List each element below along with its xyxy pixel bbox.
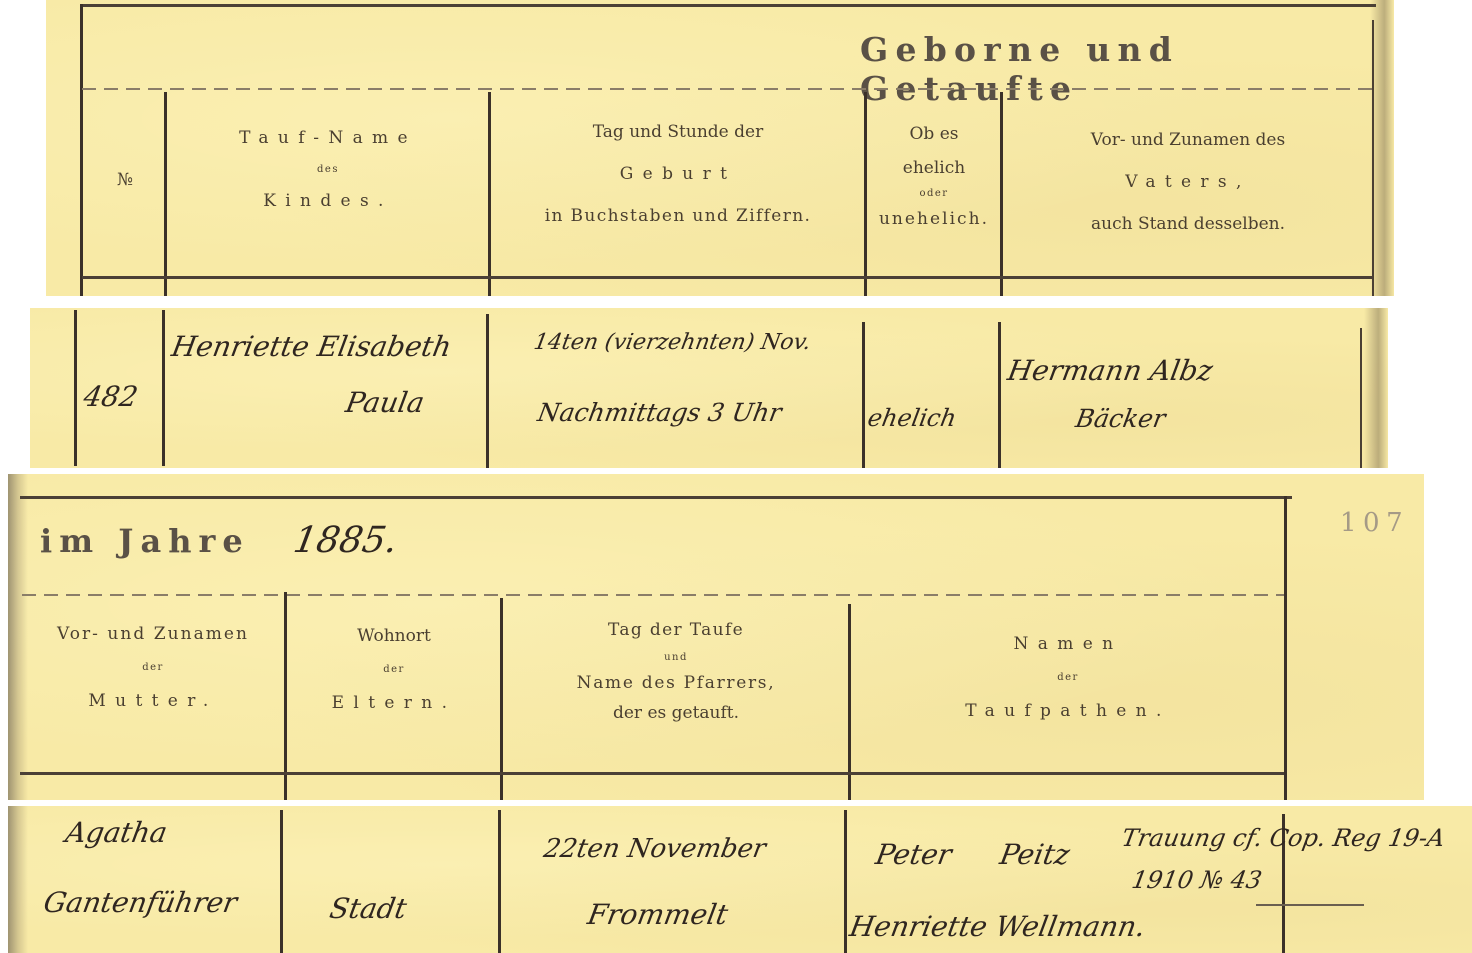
entry-godparent-1: Peter Peitz <box>873 838 1072 871</box>
header-number: № <box>86 170 164 190</box>
header-child-name: Tauf-Name des Kindes. <box>168 128 488 211</box>
paper-edge-shadow <box>1364 308 1388 468</box>
entry-father-occupation: Bäcker <box>1073 404 1167 433</box>
entry-pastor-name: Frommelt <box>585 898 730 931</box>
col-rule-2 <box>488 92 491 296</box>
col-rule-4 <box>998 322 1001 468</box>
col-rule-1 <box>284 592 287 800</box>
col-rule-0 <box>74 310 77 466</box>
header-residence: Wohnort der Eltern. <box>288 626 500 713</box>
entry-legitimacy: ehelich <box>866 404 959 432</box>
page-number-stamp: 107 <box>1340 508 1409 538</box>
strip-left-header: Geborne und Getaufte № Tauf-Name des Kin… <box>46 0 1394 296</box>
entry-number: 482 <box>81 380 140 413</box>
entry-mother-first-name: Agatha <box>63 816 170 849</box>
entry-child-name-line2: Paula <box>343 386 427 419</box>
header-birth-date: Tag und Stunde der Geburt in Buchstaben … <box>492 122 864 226</box>
col-rule-3 <box>862 322 865 468</box>
strip-right-header: im Jahre 1885. 107 Vor- und Zunamen der … <box>8 474 1424 800</box>
entry-birth-date-line1: 14ten (vierzehnten) Nov. <box>532 330 813 355</box>
marriage-annotation-line2: 1910 № 43 <box>1130 866 1265 894</box>
frame-top-rule <box>20 496 1292 499</box>
col-rule-1 <box>280 810 283 953</box>
header-bottom-rule <box>82 276 1372 279</box>
col-rule-1 <box>162 310 165 466</box>
frame-right-rule <box>1284 496 1287 800</box>
header-bottom-rule <box>20 772 1284 775</box>
frame-right-rule <box>1360 328 1362 468</box>
header-mother: Vor- und Zunamen der Mutter. <box>22 624 284 711</box>
frame-top-rule <box>80 4 1376 7</box>
entry-godparent-2: Henriette Wellmann. <box>847 910 1148 943</box>
header-legitimacy: Ob es ehelich oder unehelich. <box>868 124 1000 229</box>
paper-edge-shadow <box>8 806 28 953</box>
col-rule-3 <box>848 604 851 800</box>
entry-birth-date-line2: Nachmittags 3 Uhr <box>535 398 783 427</box>
entry-baptism-date: 22ten November <box>541 834 768 864</box>
col-rule-2 <box>500 598 503 800</box>
col-rule-3 <box>864 92 867 296</box>
col-rule-2 <box>498 810 501 953</box>
title-divider <box>22 594 1284 596</box>
annotation-underline <box>1256 904 1364 906</box>
col-rule-4 <box>1000 92 1003 296</box>
col-rule-2 <box>486 314 489 468</box>
entry-child-name-line1: Henriette Elisabeth <box>169 330 454 363</box>
frame-left-rule <box>80 4 83 296</box>
strip-left-entry: 482 Henriette Elisabeth Paula 14ten (vie… <box>30 308 1388 468</box>
col-rule-1 <box>164 92 167 296</box>
header-baptism: Tag der Taufe und Name des Pfarrers, der… <box>504 620 848 723</box>
register-title: Geborne und Getaufte <box>860 30 1394 108</box>
entry-father-name: Hermann Albz <box>1005 354 1215 387</box>
title-divider <box>82 88 1374 90</box>
header-father: Vor- und Zunamen des Vaters, auch Stand … <box>1004 130 1372 234</box>
marriage-annotation-line1: Trauung cf. Cop. Reg 19-A <box>1120 824 1447 852</box>
header-godparents: Namen der Taufpathen. <box>852 634 1284 721</box>
entry-mother-surname: Gantenführer <box>41 886 240 919</box>
year-label: im Jahre <box>40 522 250 560</box>
entry-residence: Stadt <box>327 892 409 925</box>
year-value: 1885. <box>290 520 400 561</box>
strip-right-entry: Agatha Gantenführer Stadt 22ten November… <box>8 806 1472 953</box>
col-rule-3 <box>844 810 847 953</box>
